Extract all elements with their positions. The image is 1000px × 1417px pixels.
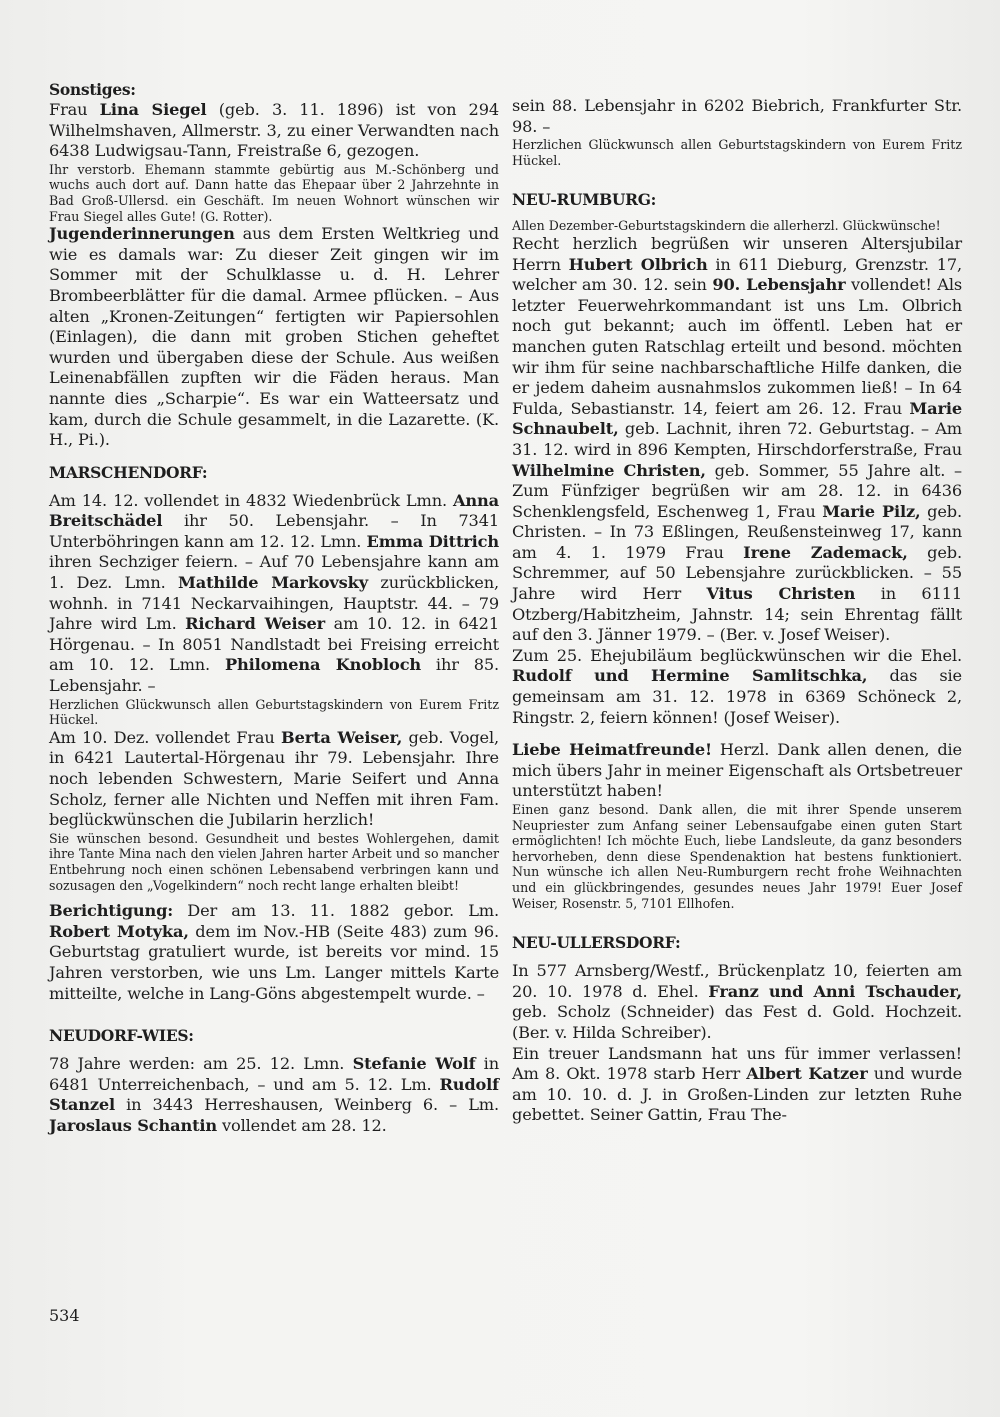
section-heading-neudorf-wies: NEUDORF-WIES: — [49, 1026, 499, 1046]
paragraph: Sie wünschen besond. Gesundheit und best… — [49, 831, 499, 893]
newsletter-page: Sonstiges: Frau Lina Siegel (geb. 3. 11.… — [0, 0, 1000, 1417]
bold-name: Berichtigung: — [49, 901, 173, 920]
paragraph: In 577 Arnsberg/Westf., Brückenplatz 10,… — [512, 961, 962, 1043]
section-heading-sonstiges: Sonstiges: — [49, 80, 499, 100]
paragraph: 78 Jahre werden: am 25. 12. Lmn. Stefani… — [49, 1054, 499, 1136]
paragraph: Jugenderinnerungen aus dem Ersten Weltkr… — [49, 224, 499, 451]
bold-name: Lina Siegel — [100, 100, 207, 119]
bold-name: 90. Lebensjahr — [712, 275, 845, 294]
bold-name: Irene Zademack, — [743, 543, 908, 562]
bold-name: Vitus Christen — [707, 584, 856, 603]
bold-name: Franz und Anni Tschauder, — [708, 982, 962, 1001]
section-heading-neu-ullersdorf: NEU-ULLERSDORF: — [512, 933, 962, 953]
paragraph: Recht herzlich begrüßen wir unseren Alte… — [512, 234, 962, 646]
paragraph: Am 14. 12. vollendet in 4832 Wiedenbrück… — [49, 491, 499, 697]
paragraph: Ihr verstorb. Ehemann stammte gebürtig a… — [49, 162, 499, 224]
paragraph: Allen Dezember-Geburtstagskindern die al… — [512, 218, 962, 234]
paragraph: Einen ganz besond. Dank allen, die mit i… — [512, 802, 962, 911]
bold-name: Albert Katzer — [746, 1064, 867, 1083]
bold-name: Jaroslaus Schantin — [49, 1116, 217, 1135]
bold-name: Marie Schnaubelt, — [512, 399, 962, 439]
bold-name: Hubert Olbrich — [569, 255, 708, 274]
paragraph: Liebe Heimatfreunde! Herzl. Dank allen d… — [512, 740, 962, 802]
bold-name: Rudolf Stanzel — [49, 1075, 499, 1115]
section-heading-marschendorf: MARSCHENDORF: — [49, 463, 499, 483]
bold-name: Marie Pilz, — [822, 502, 920, 521]
page-number: 534 — [49, 1306, 80, 1325]
bold-name: Mathilde Markovsky — [178, 573, 368, 592]
bold-name: Berta Weiser, — [281, 728, 402, 747]
bold-name: Liebe Heimatfreunde! — [512, 740, 712, 759]
bold-name: Jugenderinnerungen — [49, 224, 235, 243]
paragraph: Zum 25. Ehejubiläum beglückwünschen wir … — [512, 646, 962, 728]
bold-name: Wilhelmine Christen, — [512, 461, 706, 480]
bold-name: Stefanie Wolf — [353, 1054, 476, 1073]
paragraph: Am 10. Dez. vollendet Frau Berta Weiser,… — [49, 728, 499, 831]
section-heading-neu-rumburg: NEU-RUMBURG: — [512, 190, 962, 210]
bold-name: Emma Dittrich — [367, 532, 499, 551]
paragraph: sein 88. Lebensjahr in 6202 Biebrich, Fr… — [512, 96, 962, 137]
bold-name: Richard Weiser — [185, 614, 325, 633]
bold-name: Anna Breitschädel — [49, 491, 499, 531]
paragraph: Ein treuer Landsmann hat uns für immer v… — [512, 1044, 962, 1126]
bold-name: Rudolf und Hermine Samlitschka, — [512, 666, 867, 685]
paragraph: Berichtigung: Der am 13. 11. 1882 gebor.… — [49, 901, 499, 1004]
paragraph: Herzlichen Glückwunsch allen Geburtstags… — [49, 697, 499, 728]
paragraph: Frau Lina Siegel (geb. 3. 11. 1896) ist … — [49, 100, 499, 162]
bold-name: Robert Motyka, — [49, 922, 189, 941]
bold-name: Philomena Knobloch — [225, 655, 421, 674]
right-column: sein 88. Lebensjahr in 6202 Biebrich, Fr… — [512, 96, 962, 1126]
paragraph: Herzlichen Glückwunsch allen Geburtstags… — [512, 137, 962, 168]
left-column: Sonstiges: Frau Lina Siegel (geb. 3. 11.… — [49, 80, 499, 1137]
